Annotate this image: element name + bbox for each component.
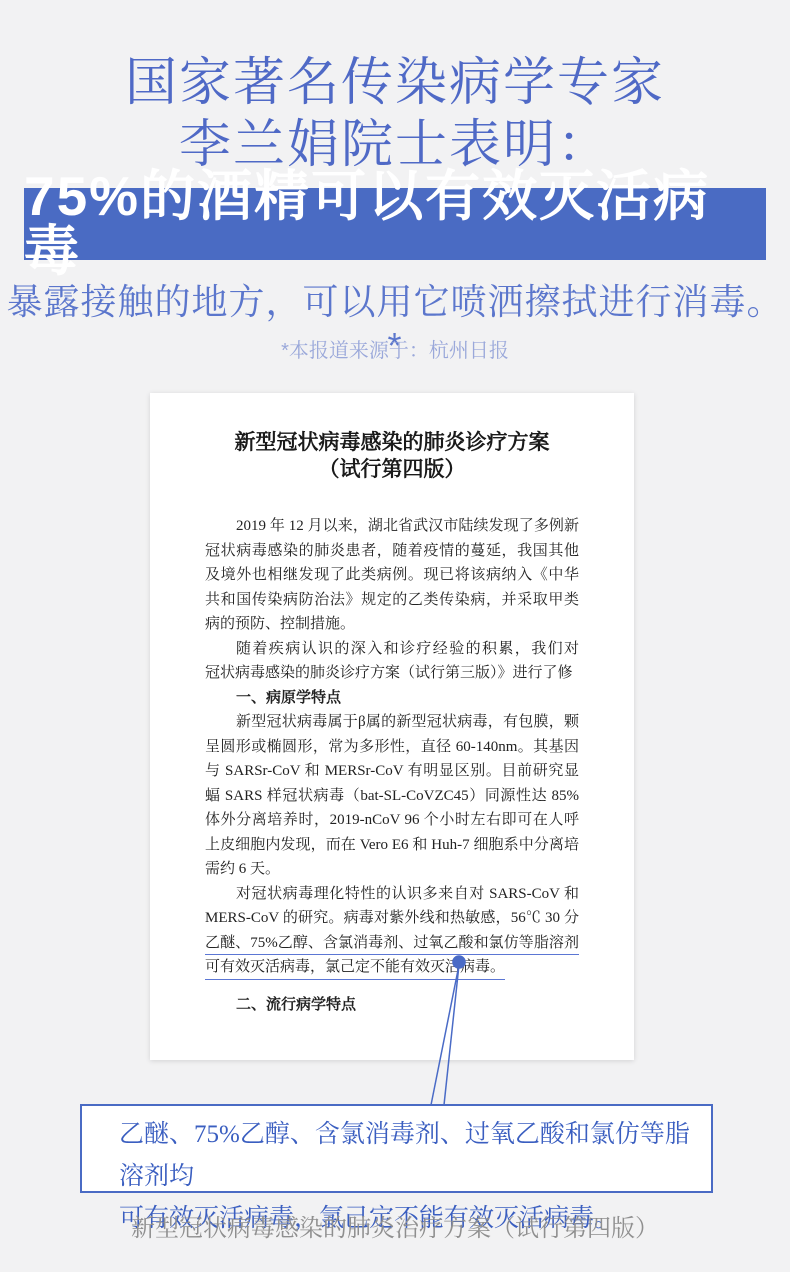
doc-line: 呈圆形或椭圆形，常为多形性，直径 60-140nm。其基因特征 <box>205 735 579 760</box>
headline-line1: 国家著名传染病学专家 <box>0 54 790 112</box>
doc-heading: 一、病原学特点 <box>205 686 579 711</box>
doc-line: 蝠 SARS 样冠状病毒（bat-SL-CoVZC45）同源性达 85%以上。 <box>205 784 579 809</box>
document-body: 2019 年 12 月以来，湖北省武汉市陆续发现了多例新型冠状病毒感染的肺炎患者… <box>205 514 579 1017</box>
doc-line: 需约 6 天。 <box>205 857 579 882</box>
doc-line: 冠状病毒感染的肺炎诊疗方案（试行第三版）》进行了修订。 <box>205 661 579 686</box>
doc-line: 病的预防、控制措施。 <box>205 612 579 637</box>
doc-line: 2019 年 12 月以来，湖北省武汉市陆续发现了多例新型 <box>205 514 579 539</box>
document-title: 新型冠状病毒感染的肺炎诊疗方案 （试行第四版） <box>150 429 634 483</box>
callout-line1: 乙醚、75%乙醇、含氯消毒剂、过氧乙酸和氯仿等脂溶剂均 <box>119 1114 694 1198</box>
document-paper: 新型冠状病毒感染的肺炎诊疗方案 （试行第四版） 2019 年 12 月以来，湖北… <box>150 393 634 1060</box>
doc-line: 随着疾病认识的深入和诊疗经验的积累，我们对《新型 <box>205 637 579 662</box>
document-title-line2: （试行第四版） <box>150 456 634 483</box>
doc-line: 与 SARSr-CoV 和 MERSr-CoV 有明显区别。目前研究显示与蝙 <box>205 759 579 784</box>
highlight-banner: 75%的酒精可以有效灭活病毒 <box>24 188 766 260</box>
doc-line: 新型冠状病毒属于β属的新型冠状病毒，有包膜，颗粒 <box>205 710 579 735</box>
promo-page: 国家著名传染病学专家 李兰娟院士表明： 75%的酒精可以有效灭活病毒 暴露接触的… <box>0 0 790 1272</box>
doc-line: 乙醚、75%乙醇、含氯消毒剂、过氧乙酸和氯仿等脂溶剂均 <box>205 931 579 956</box>
doc-heading: 二、流行病学特点 <box>205 993 579 1018</box>
doc-line: 可有效灭活病毒，氯己定不能有效灭活病毒。 <box>205 955 579 980</box>
bottom-caption: 新型冠状病毒感染的肺炎治疗方案（试行第四版） <box>0 1208 790 1243</box>
banner-text: 75%的酒精可以有效灭活病毒 <box>24 169 766 279</box>
doc-underlined-text: 可有效灭活病毒，氯己定不能有效灭活病毒。 <box>205 959 505 980</box>
document-title-line1: 新型冠状病毒感染的肺炎诊疗方案 <box>150 429 634 456</box>
doc-line: 对冠状病毒理化特性的认识多来自对 SARS-CoV 和 <box>205 882 579 907</box>
source-note: *本报道来源于：杭州日报 <box>0 334 790 363</box>
doc-line: 共和国传染病防治法》规定的乙类传染病，并采取甲类传染 <box>205 588 579 613</box>
doc-line: MERS-CoV 的研究。病毒对紫外线和热敏感，56℃ 30 分钟、 <box>205 906 579 931</box>
callout-box: 乙醚、75%乙醇、含氯消毒剂、过氧乙酸和氯仿等脂溶剂均 可有效灭活病毒，氯己定不… <box>80 1104 713 1193</box>
doc-line: 上皮细胞内发现，而在 Vero E6 和 Huh-7 细胞系中分离培养 <box>205 833 579 858</box>
doc-line: 冠状病毒感染的肺炎患者，随着疫情的蔓延，我国其他地区 <box>205 539 579 564</box>
doc-line: 体外分离培养时，2019-nCoV 96 个小时左右即可在人呼吸道 <box>205 808 579 833</box>
doc-line: 及境外也相继发现了此类病例。现已将该病纳入《中华人民 <box>205 563 579 588</box>
